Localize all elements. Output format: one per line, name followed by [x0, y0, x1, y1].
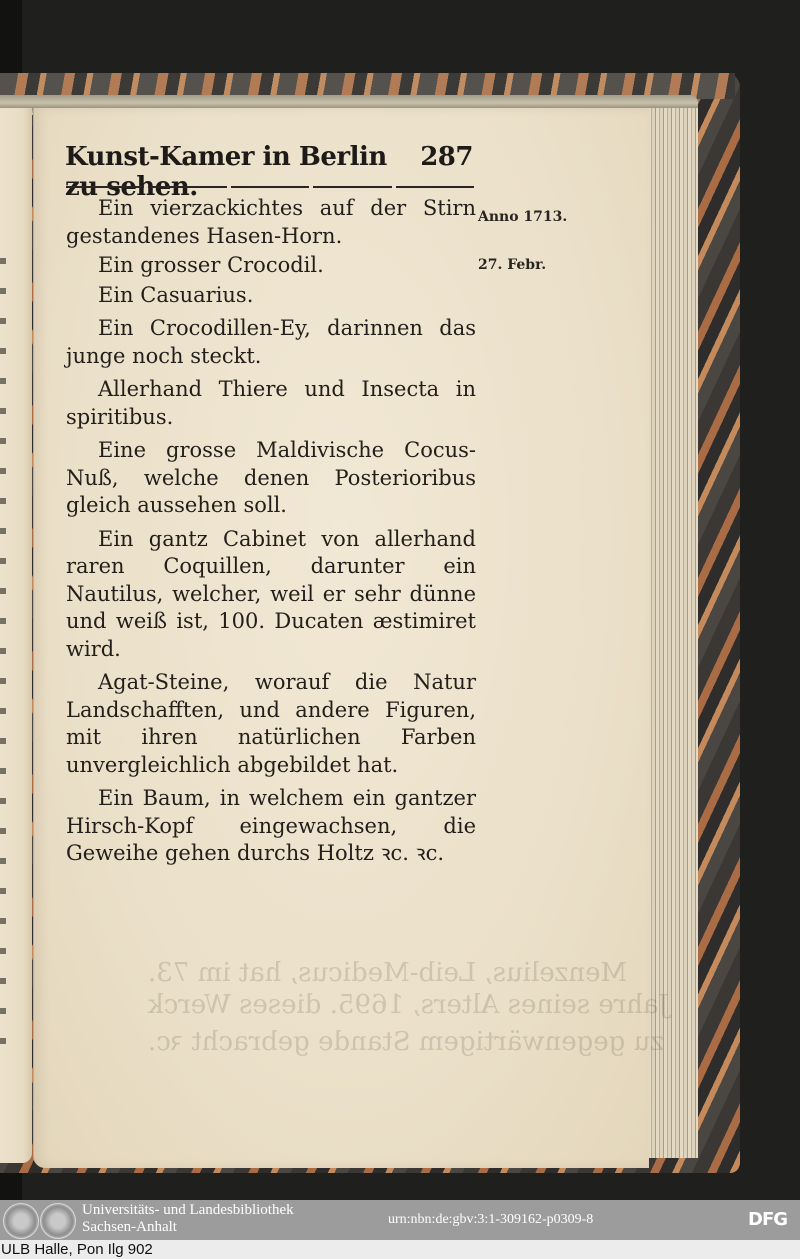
- running-head-title: Kunst-Kamer in Berlin zu sehen.: [65, 142, 420, 202]
- library-name-line2: Sachsen-Anhalt: [82, 1219, 294, 1236]
- university-seal-icon: [3, 1203, 39, 1239]
- left-page-text-fragments: [0, 258, 6, 1058]
- marginal-note-date: 27. Febr.: [478, 257, 546, 273]
- show-through-line: zu gegenwärtigem Stande gebracht ꝛc.: [148, 1022, 664, 1058]
- marginal-note-year: Anno 1713.: [478, 209, 567, 225]
- show-through-line: Menzelius, Leib-Medicus, hat im 73.: [148, 958, 627, 988]
- paragraph: Ein Casuarius.: [66, 282, 476, 310]
- paragraph: Ein Crocodillen-Ey, darinnen das junge n…: [66, 315, 476, 370]
- paragraph: Ein vierzackichtes auf der Stirn gestand…: [66, 195, 476, 250]
- left-facing-page: [0, 108, 32, 1163]
- library-seal-icon: [40, 1203, 76, 1239]
- paragraph: Ein Baum, in welchem ein gantzer Hirsch-…: [66, 785, 476, 868]
- page-number: 287: [420, 142, 473, 172]
- page-body: Ein vierzackichtes auf der Stirn gestand…: [66, 195, 476, 874]
- digitization-footer-bar: Universitäts- und Landesbibliothek Sachs…: [0, 1200, 800, 1240]
- paragraph: Ein grosser Crocodil.: [66, 252, 476, 280]
- urn-identifier: urn:nbn:de:gbv:3:1-309162-p0309-8: [388, 1212, 593, 1228]
- paragraph: Allerhand Thiere und Insecta in spiritib…: [66, 376, 476, 431]
- paragraph: Eine grosse Maldivische Cocus-Nuß, welch…: [66, 437, 476, 520]
- running-header: Kunst-Kamer in Berlin zu sehen. 287: [65, 142, 473, 202]
- paragraph: Ein gantz Cabinet von allerhand raren Co…: [66, 526, 476, 664]
- paragraph: Agat-Steine, worauf die Natur Landschaff…: [66, 669, 476, 779]
- library-name: Universitäts- und Landesbibliothek Sachs…: [82, 1202, 294, 1236]
- show-through-line: Jahre seines Alters, 1695. dieses Werck: [148, 990, 669, 1020]
- dfg-logo-icon: DFG: [748, 1209, 787, 1230]
- shelfmark-caption: ULB Halle, Pon Ilg 902: [0, 1240, 800, 1259]
- library-name-line1: Universitäts- und Landesbibliothek: [82, 1202, 294, 1219]
- header-rule: [66, 186, 474, 189]
